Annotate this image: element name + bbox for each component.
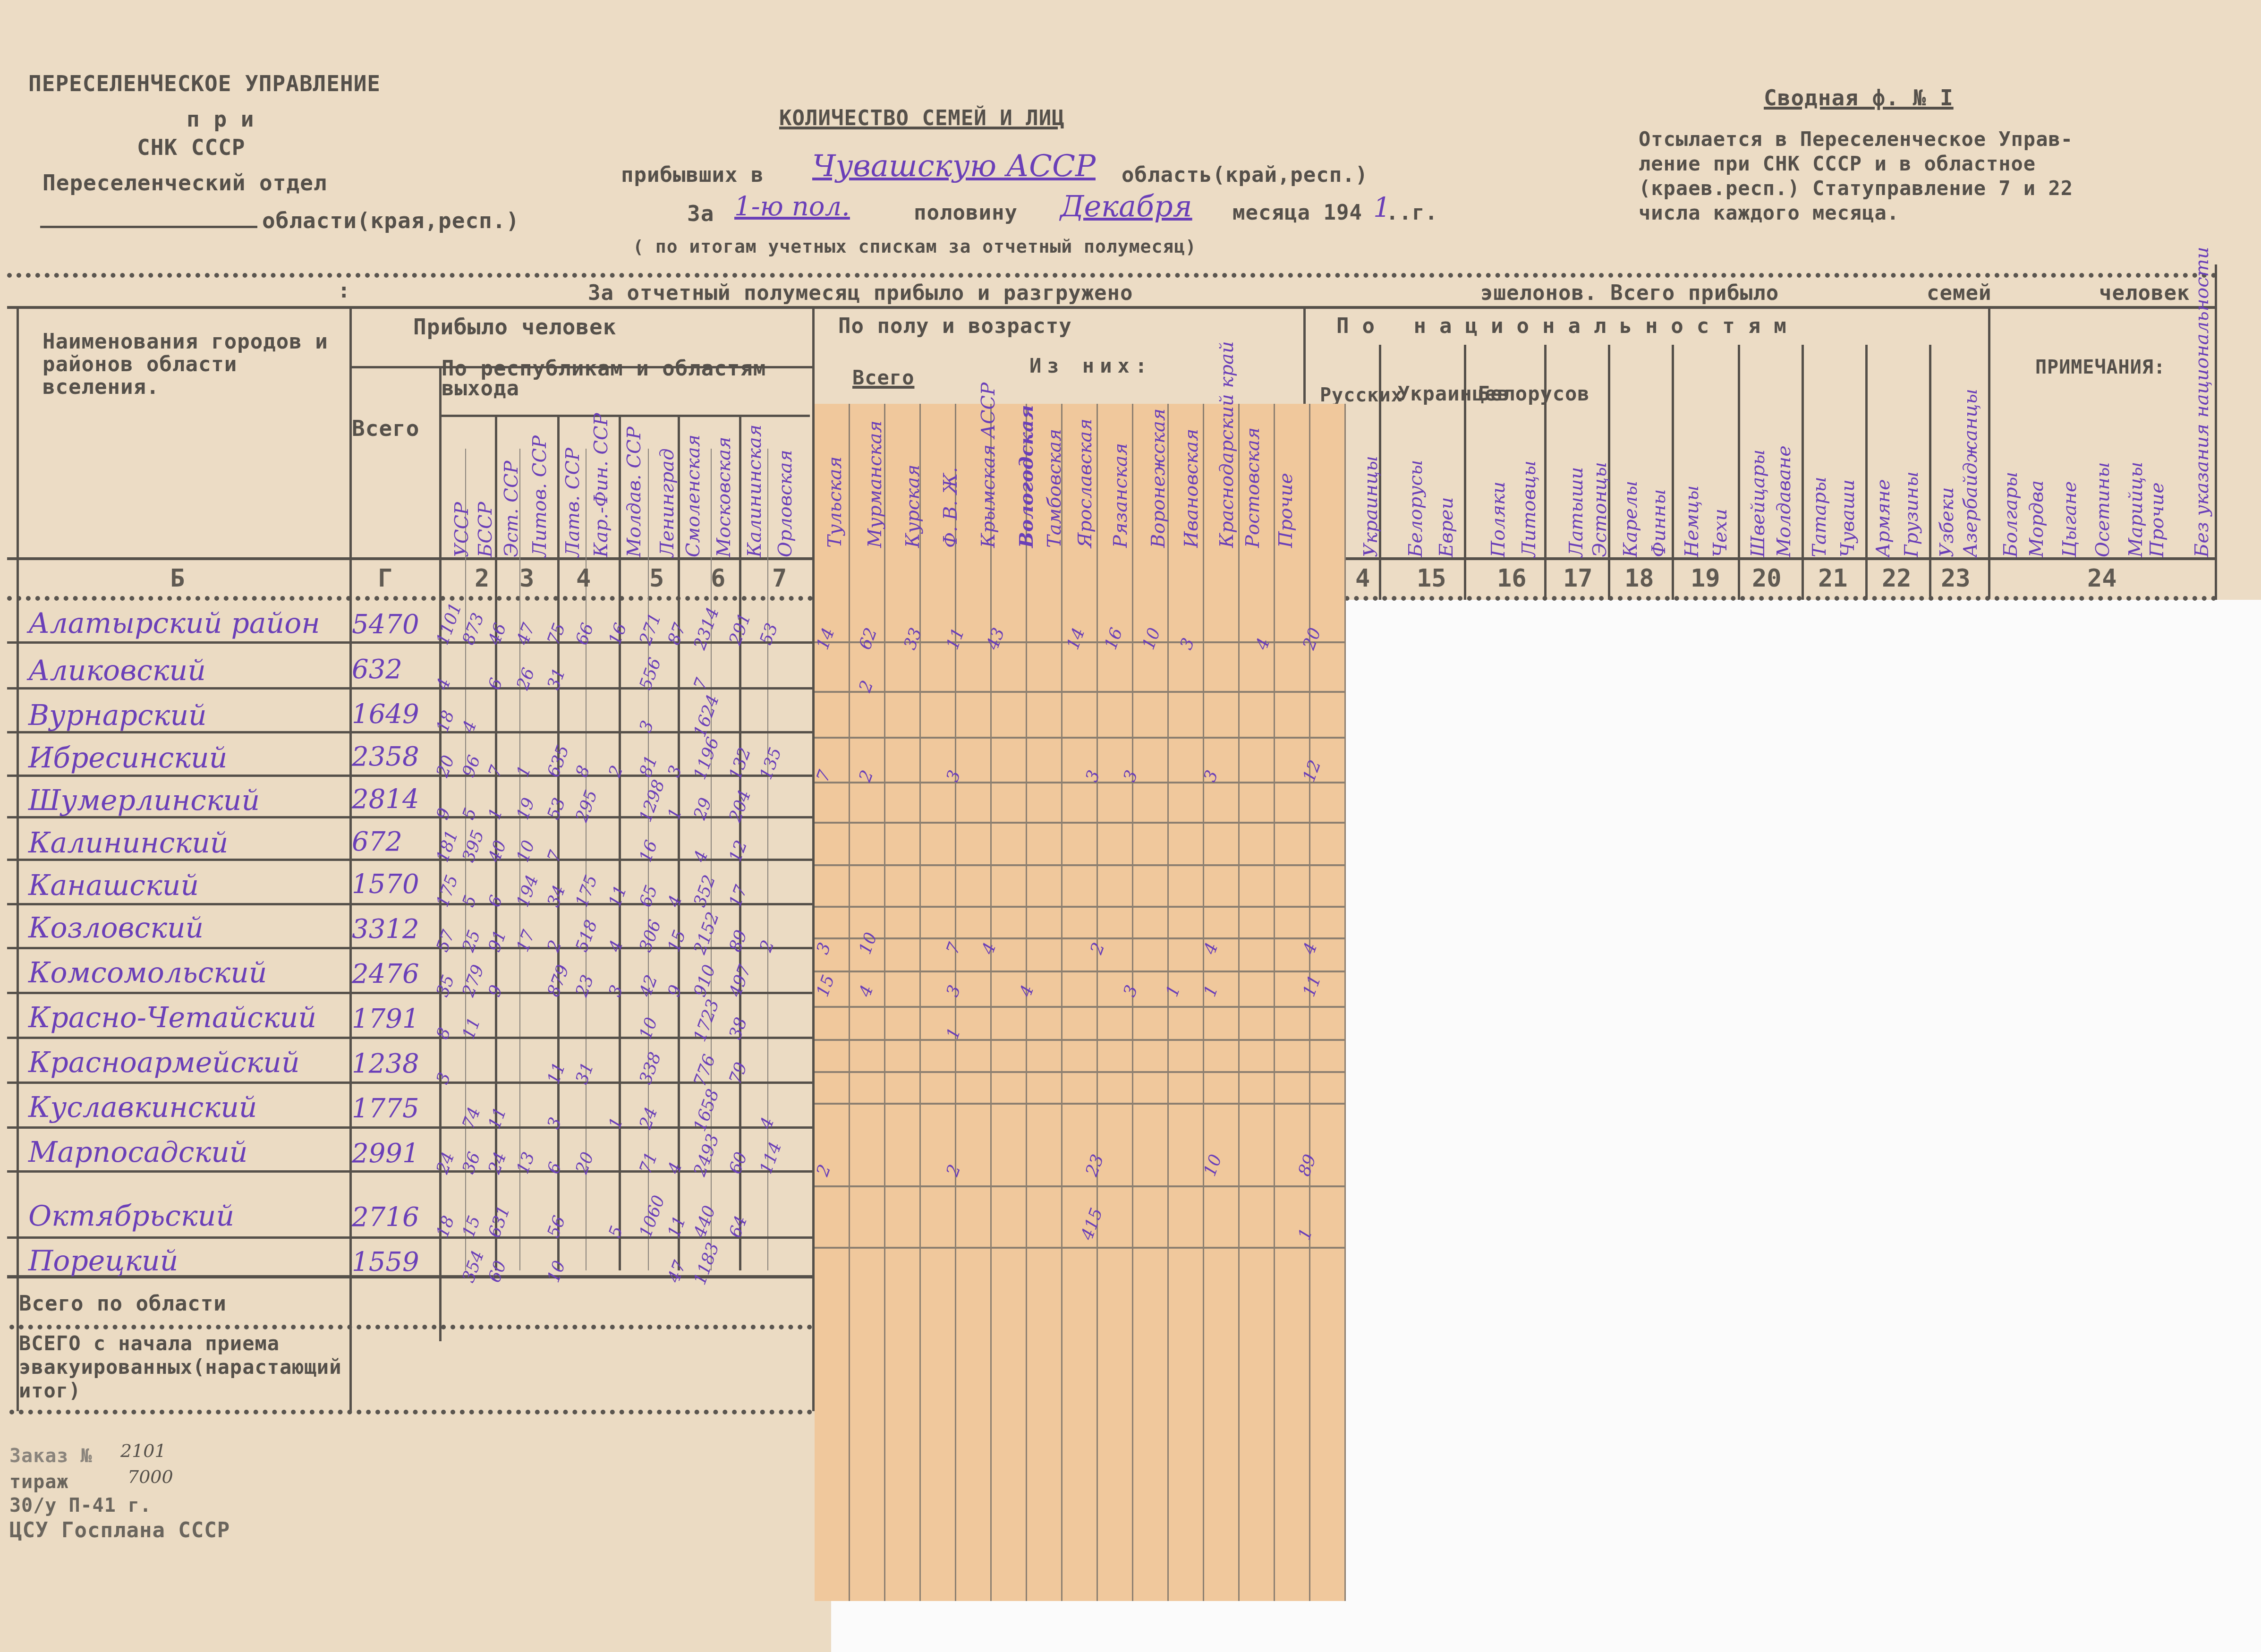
nationality-col-header: Мордва (2026, 416, 2048, 557)
notes-border (1988, 306, 1990, 599)
district-total: 1570 (352, 869, 419, 900)
origin-col-header: БССР (475, 437, 496, 557)
summary-colon: : (338, 279, 351, 303)
grid-line (815, 782, 1346, 783)
district-total: 2991 (352, 1138, 419, 1169)
district-total: 1775 (352, 1093, 419, 1124)
belarusians-header: Белорусов (1478, 383, 1530, 405)
summary-text4: человек (2099, 281, 2190, 305)
origin-col-header: Кар.-Фин. ССР (590, 437, 612, 557)
origin-col-header: Орловская (774, 437, 796, 557)
district-total: 2476 (352, 959, 419, 989)
ukrainians-header: Украинцев (1398, 383, 1450, 405)
district-name: Ибресинский (28, 741, 227, 775)
district-name: Алатырский район (28, 607, 320, 640)
name-col-header: Наименования городов и районов области в… (42, 331, 335, 399)
publisher: ЦСУ Госплана СССР (9, 1518, 230, 1542)
nationality-col-header: Грузины (1901, 425, 1922, 557)
grid-line (815, 1039, 1346, 1041)
nationality-col-header: Поляки (1487, 453, 1509, 557)
col-number: 21 (1818, 564, 1848, 593)
col-number: 23 (1941, 564, 1971, 593)
grid-line (1544, 345, 1547, 600)
district-name: Канашский (28, 869, 199, 902)
arrived-prefix: прибывших в (621, 163, 764, 187)
scan-background (1346, 600, 2261, 1652)
district-name: Калининский (28, 826, 228, 860)
arrived-region-value: Чувашскую АССР (812, 149, 1096, 184)
order-value: 2101 (120, 1440, 166, 1461)
col-number: 20 (1752, 564, 1782, 593)
print-run-label: тираж (9, 1471, 68, 1493)
district-name: Шумерлинский (28, 784, 260, 817)
district-name: Вурнарский (28, 699, 207, 732)
nationality-col-header: Молдаване (1773, 425, 1795, 557)
col-number: Г (378, 564, 392, 593)
slip-col-header: Тульская (824, 406, 846, 548)
nationality-col-header: Марийцы (2125, 416, 2147, 557)
grid-line (815, 1006, 1346, 1008)
grid-line (815, 737, 1346, 739)
district-name: Аликовский (28, 654, 206, 687)
district-total: 1559 (352, 1247, 419, 1277)
nationality-col-header: Финны (1648, 425, 1670, 557)
grid-line (815, 822, 1346, 824)
sex-total-header: Всего (852, 366, 914, 389)
org-name: ПЕРЕСЕЛЕНЧЕСКОЕ УПРАВЛЕНИЕ (28, 71, 381, 96)
total-header: Всего (352, 416, 419, 441)
slip-col-header: Ростовская (1242, 406, 1264, 548)
origin-col-header: Калининская (744, 437, 765, 557)
grid-line (1865, 345, 1868, 600)
grid-line (815, 937, 1346, 939)
slip-col-header: Курская (902, 406, 924, 548)
grid-line (815, 864, 1346, 866)
nationality-col-header: Узбеки (1936, 425, 1958, 557)
slip-col-header: Мурманская (864, 406, 886, 548)
org-pri: п р и (187, 106, 254, 132)
period-month-value: Декабря (1060, 189, 1192, 223)
col-number: 22 (1882, 564, 1912, 593)
print-run-value: 7000 (127, 1466, 173, 1487)
send-to-line1: Отсылается в Переселенческое Управ- (1639, 128, 2073, 151)
slip-col-header: Ивановская (1181, 406, 1202, 548)
summary-text2: эшелонов. Всего прибыло (1480, 281, 1779, 305)
col-number: 19 (1691, 564, 1720, 593)
district-name: Комсомольский (28, 956, 267, 989)
nationality-col-header: Латыши (1565, 425, 1587, 557)
org-region: области(края,респ.) (262, 208, 519, 233)
of-them-header: Из них: (1029, 354, 1153, 377)
cumulative-total-label: ВСЕГО с начала приема эвакуированных(нар… (19, 1332, 349, 1403)
col-number: 17 (1563, 564, 1593, 593)
slip-col-header: Вологодская (1015, 406, 1037, 548)
district-name: Порецкий (28, 1244, 178, 1277)
grid-line (1929, 345, 1931, 600)
grid-line (1738, 345, 1740, 600)
notes-header: ПРИМЕЧАНИЯ: (2035, 357, 2166, 378)
arrived-suffix: область(край,респ.) (1122, 163, 1368, 187)
grid-line (815, 906, 1346, 908)
region-total-label: Всего по области (19, 1292, 227, 1316)
period-mid: половину (914, 201, 1018, 225)
slip-col-header: Краснодарский край (1216, 406, 1238, 548)
row-line (7, 1236, 815, 1239)
nationality-col-header: Чуваши (1837, 425, 1859, 557)
col-number: 4 (1355, 564, 1370, 593)
nationality-col-header: Болгары (2000, 416, 2022, 557)
district-name: Октябрьский (28, 1200, 234, 1233)
nationality-col-header: Армяне (1872, 425, 1894, 557)
grid-line (557, 416, 560, 1270)
col-number: 24 (2087, 564, 2117, 593)
nationality-col-header: Немцы (1681, 425, 1703, 557)
dotted-separator (7, 273, 2217, 278)
row-line (7, 687, 815, 690)
origin-col-header: Ленинград (656, 437, 678, 557)
grid-line (815, 1103, 1346, 1105)
grid-line (815, 1247, 1346, 1249)
by-republics-header: По республикам и областям выхода (442, 359, 810, 399)
col-number: 6 (711, 564, 725, 593)
district-name: Марпосадский (28, 1136, 248, 1169)
dotted-separator (9, 1410, 812, 1414)
period-note: ( по итогам учетных спискам за отчетный … (633, 236, 1197, 257)
scan-background-bottom (831, 1601, 1346, 1652)
slip-col-header: Ярославская (1074, 406, 1096, 548)
origin-col-header: Молдав. ССР (623, 437, 645, 557)
district-name: Красно-Четайский (28, 1001, 316, 1034)
district-total: 2814 (352, 784, 419, 815)
org-snk: СНК СССР (137, 135, 246, 160)
district-total: 3312 (352, 914, 419, 945)
sex-age-header: По полу и возрасту (838, 314, 1072, 338)
slip-col-header: Крымская АССР (977, 406, 999, 548)
grid-line (1672, 345, 1674, 600)
district-total: 5470 (352, 609, 419, 640)
nationality-col-header: Литовцы (1518, 453, 1540, 557)
slip-col-header: Прочие (1275, 439, 1297, 548)
send-to-line2: ление при СНК СССР и в областное (1639, 152, 2036, 175)
summary-text1: За отчетный полумесяц прибыло и разгруже… (588, 281, 1133, 305)
form-code: 30/у П-41 г. (9, 1495, 152, 1516)
origin-col-header: Латв. ССР (562, 437, 584, 557)
col-number: 3 (519, 564, 534, 593)
nationality-col-header: Без указания национальности (2191, 331, 2213, 557)
origin-col-header: Литов. ССР (529, 437, 551, 557)
nationality-col-header: Швейцары (1747, 425, 1769, 557)
origin-col-header: Смоленская (682, 437, 704, 557)
origin-col-header: Эст. ССР (501, 437, 522, 557)
slip-col-header: Рязанская (1110, 406, 1131, 548)
district-total: 1649 (352, 699, 419, 730)
period-prefix: За (687, 201, 714, 226)
col-number: 7 (772, 564, 787, 593)
nationality-col-header: Осетины (2092, 416, 2114, 557)
slip-col-header: Тамбовская (1044, 406, 1065, 548)
district-total: 632 (352, 654, 402, 685)
nationality-col-header: Чехи (1709, 425, 1731, 557)
pasted-paper-slip (815, 404, 1346, 1601)
district-total: 2716 (352, 1202, 419, 1233)
period-end: ..г. (1386, 201, 1438, 225)
grid-line (442, 415, 810, 417)
blank-line (40, 226, 257, 228)
summary-text3: семей (1927, 281, 1991, 305)
order-label: Заказ № (9, 1445, 93, 1467)
nationality-col-header: Украинцы (1360, 472, 1382, 557)
grid-line (619, 416, 621, 1270)
dotted-separator (9, 1325, 812, 1329)
district-total: 2358 (352, 741, 419, 772)
district-total: 1791 (352, 1004, 419, 1034)
district-total: 672 (352, 826, 402, 857)
period-suffix: месяца 194 (1232, 201, 1362, 225)
grid-line (1802, 345, 1804, 600)
district-name: Куславкинский (28, 1091, 257, 1124)
nationality-col-header: Белорусы (1405, 453, 1427, 557)
district-name: Красноармейский (28, 1046, 300, 1079)
col-number: 4 (576, 564, 591, 593)
grid-line (815, 1185, 1346, 1187)
send-to-line4: числа каждого месяца. (1639, 201, 1899, 224)
origin-col-header: УССР (451, 437, 473, 557)
col-number: 16 (1497, 564, 1527, 593)
slip-col-header: Воронежская (1147, 406, 1169, 548)
nationality-col-header: Эстонцы (1589, 425, 1611, 557)
table-right-border (2215, 264, 2217, 600)
nationality-col-header: Карелы (1620, 425, 1641, 557)
nationality-col-header: Азербайджанцы (1960, 425, 1981, 557)
col-number: 5 (649, 564, 664, 593)
district-name: Козловский (28, 911, 204, 945)
period-half-value: 1-ю пол. (734, 191, 850, 222)
table-top-border (7, 306, 2217, 309)
document-title: КОЛИЧЕСТВО СЕМЕЙ И ЛИЦ (779, 106, 1065, 130)
form-number: Сводная ф. № I (1764, 85, 1954, 111)
russians-header: Русских (1320, 385, 1343, 406)
nationality-col-header: Евреи (1436, 453, 1457, 557)
arrived-people-header: Прибыло человек (413, 314, 616, 340)
col-number: 2 (475, 564, 489, 593)
nationality-col-header: Прочие (2146, 416, 2168, 557)
col-number: Б (170, 564, 185, 593)
grid-line (815, 691, 1346, 693)
origin-col-header: Московская (713, 437, 735, 557)
grid-line (815, 1071, 1346, 1073)
grid-line (1464, 345, 1466, 600)
nationality-col-header: Татары (1809, 425, 1830, 557)
org-dept: Переселенческий отдел (42, 170, 327, 196)
slip-col-header: Ф. В. Ж. (940, 453, 961, 548)
nationality-col-header: Цыгане (2059, 416, 2081, 557)
grid-line (815, 971, 1346, 972)
send-to-line3: (краев.респ.) Статуправление 7 и 22 (1639, 177, 2073, 200)
col-number: 18 (1624, 564, 1654, 593)
col-number: 15 (1417, 564, 1446, 593)
district-total: 1238 (352, 1048, 419, 1079)
nationality-header: По национальностям (1336, 314, 1800, 338)
